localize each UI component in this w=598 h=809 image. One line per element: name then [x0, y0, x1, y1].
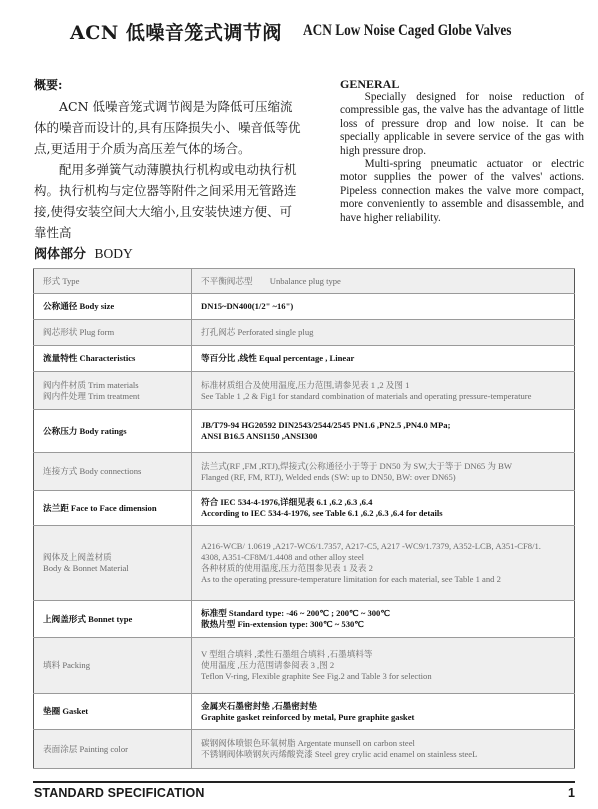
spec-row: 填料 PackingV 型组合填料 ,柔性石墨组合填料 ,石墨填料等使用温度 ,…	[34, 638, 575, 694]
spec-value: 符合 IEC 534-4-1976,详细见表 6.1 ,6.2 ,6.3 ,6.…	[201, 497, 574, 508]
spec-value-cell: DN15~DN400(1/2" ~16")	[192, 294, 575, 320]
spec-value-cell: 标准型 Standard type: -46 ~ 200℃ ; 200℃ ~ 3…	[192, 601, 575, 638]
spec-row: 上阀盖形式 Bonnet type标准型 Standard type: -46 …	[34, 601, 575, 638]
spec-row: 阀内件材质 Trim materials阀内件处理 Trim treatment…	[34, 372, 575, 410]
spec-label-cell: 连接方式 Body connections	[34, 453, 192, 491]
spec-label: 上阀盖形式 Bonnet type	[43, 614, 191, 625]
spec-value: Teflon V-ring, Flexible graphite See Fig…	[201, 671, 574, 682]
spec-value: V 型组合填料 ,柔性石墨组合填料 ,石墨填料等	[201, 649, 574, 660]
spec-value-cell: 符合 IEC 534-4-1976,详细见表 6.1 ,6.2 ,6.3 ,6.…	[192, 491, 575, 526]
spec-row: 公称压力 Body ratingsJB/T79-94 HG20592 DIN25…	[34, 410, 575, 453]
spec-row: 阀芯形状 Plug form打孔阀芯 Perforated single plu…	[34, 320, 575, 346]
spec-row: 形式 Type不平衡阀芯型 Unbalance plug type	[34, 269, 575, 294]
spec-value-cell: JB/T79-94 HG20592 DIN2543/2544/2545 PN1.…	[192, 410, 575, 453]
spec-label: 形式 Type	[43, 276, 191, 287]
spec-value: 标准型 Standard type: -46 ~ 200℃ ; 200℃ ~ 3…	[201, 608, 574, 619]
spec-value-cell: A216-WCB/ 1.0619 ,A217-WC6/1.7357, A217-…	[192, 526, 575, 601]
general-paragraph-english-1: Specially designed for noise reduction o…	[340, 91, 584, 158]
spec-value-cell: 打孔阀芯 Perforated single plug	[192, 320, 575, 346]
spec-label-cell: 阀芯形状 Plug form	[34, 320, 192, 346]
spec-label-cell: 上阀盖形式 Bonnet type	[34, 601, 192, 638]
spec-label-cell: 公称通径 Body size	[34, 294, 192, 320]
spec-label: 阀内件材质 Trim materials	[43, 380, 191, 391]
spec-label: 填料 Packing	[43, 660, 191, 671]
spec-row: 垫圈 Gasket金属夹石墨密封垫 ,石墨密封垫Graphite gasket …	[34, 694, 575, 730]
spec-row: 流量特性 Characteristics等百分比 ,线性 Equal perce…	[34, 346, 575, 372]
spec-value: A216-WCB/ 1.0619 ,A217-WC6/1.7357, A217-…	[201, 541, 574, 552]
spec-label: 表面涂层 Painting color	[43, 744, 191, 755]
spec-label: 垫圈 Gasket	[43, 706, 191, 717]
spec-value: 不平衡阀芯型 Unbalance plug type	[201, 276, 574, 287]
page-title-english: ACN Low Noise Caged Globe Valves	[303, 22, 511, 40]
spec-value: 打孔阀芯 Perforated single plug	[201, 327, 574, 338]
spec-value: 4308, A351-CF8M/1.4408 and other alloy s…	[201, 552, 574, 563]
body-heading-english: BODY	[95, 246, 133, 261]
general-paragraph-chinese-1: ACN 低噪音笼式调节阀是为降低可压缩流体的噪音而设计的,具有压降损失小、噪音低…	[34, 96, 302, 159]
spec-value: 碳钢阀体喷银色环氧树脂 Argentate munsell on carbon …	[201, 738, 574, 749]
spec-value: Flanged (RF, FM, RTJ), Welded ends (SW: …	[201, 472, 574, 483]
spec-value: 金属夹石墨密封垫 ,石墨密封垫	[201, 701, 574, 712]
spec-value: See Table 1 ,2 & Fig1 for standard combi…	[201, 391, 574, 402]
spec-label: 公称通径 Body size	[43, 301, 191, 312]
spec-value: 散热片型 Fin-extension type: 300℃ ~ 530℃	[201, 619, 574, 630]
spec-label-cell: 法兰距 Face to Face dimension	[34, 491, 192, 526]
spec-row: 连接方式 Body connections法兰式(RF ,FM ,RTJ),焊接…	[34, 453, 575, 491]
spec-value-cell: 法兰式(RF ,FM ,RTJ),焊接式(公称通径小于等于 DN50 为 SW,…	[192, 453, 575, 491]
spec-label-cell: 填料 Packing	[34, 638, 192, 694]
spec-label: 阀内件处理 Trim treatment	[43, 391, 191, 402]
spec-value-cell: 标准材质组合及使用温度,压力范围,请参见表 1 ,2 及图 1See Table…	[192, 372, 575, 410]
general-heading-english: GENERAL	[340, 78, 584, 91]
general-section-chinese: 概要: ACN 低噪音笼式调节阀是为降低可压缩流体的噪音而设计的,具有压降损失小…	[34, 77, 302, 243]
general-paragraph-english-2: Multi-spring pneumatic actuator or elect…	[340, 158, 584, 225]
spec-row: 阀体及上阀盖材质Body & Bonnet MaterialA216-WCB/ …	[34, 526, 575, 601]
spec-label: 流量特性 Characteristics	[43, 353, 191, 364]
spec-label-cell: 形式 Type	[34, 269, 192, 294]
spec-label-cell: 阀体及上阀盖材质Body & Bonnet Material	[34, 526, 192, 601]
spec-value: According to IEC 534-4-1976, see Table 6…	[201, 508, 574, 519]
body-heading-chinese: 阀体部分	[34, 247, 86, 262]
spec-value-cell: 金属夹石墨密封垫 ,石墨密封垫Graphite gasket reinforce…	[192, 694, 575, 730]
spec-label: 公称压力 Body ratings	[43, 426, 191, 437]
spec-value-cell: V 型组合填料 ,柔性石墨组合填料 ,石墨填料等使用温度 ,压力范围请参阅表 3…	[192, 638, 575, 694]
page-title-chinese: ACN 低噪音笼式调节阀	[70, 18, 282, 45]
spec-label-cell: 流量特性 Characteristics	[34, 346, 192, 372]
spec-value: ANSI B16.5 ANSI150 ,ANSI300	[201, 431, 574, 442]
body-section-heading: 阀体部分 BODY	[34, 243, 133, 262]
spec-value: 各种材质的使用温度,压力范围参见表 1 及表 2	[201, 563, 574, 574]
general-heading-chinese: 概要:	[34, 77, 302, 93]
spec-value: 等百分比 ,线性 Equal percentage , Linear	[201, 353, 574, 364]
spec-value: 使用温度 ,压力范围请参阅表 3 ,图 2	[201, 660, 574, 671]
spec-value: 不锈钢阀体喷钢灰丙烯酸瓷漆 Steel grey crylic acid ena…	[201, 749, 574, 760]
spec-label: 连接方式 Body connections	[43, 466, 191, 477]
spec-row: 法兰距 Face to Face dimension符合 IEC 534-4-1…	[34, 491, 575, 526]
spec-value: As to the operating pressure-temperature…	[201, 574, 574, 585]
spec-value: Graphite gasket reinforced by metal, Pur…	[201, 712, 574, 723]
spec-label-cell: 垫圈 Gasket	[34, 694, 192, 730]
spec-label: 阀芯形状 Plug form	[43, 327, 191, 338]
general-section-english: GENERAL Specially designed for noise red…	[340, 78, 584, 225]
spec-value: DN15~DN400(1/2" ~16")	[201, 301, 574, 312]
page-number: 1	[568, 786, 575, 800]
spec-label: Body & Bonnet Material	[43, 563, 191, 574]
body-spec-table: 形式 Type不平衡阀芯型 Unbalance plug type公称通径 Bo…	[33, 268, 575, 769]
spec-value-cell: 等百分比 ,线性 Equal percentage , Linear	[192, 346, 575, 372]
spec-value-cell: 不平衡阀芯型 Unbalance plug type	[192, 269, 575, 294]
spec-label-cell: 阀内件材质 Trim materials阀内件处理 Trim treatment	[34, 372, 192, 410]
spec-value: JB/T79-94 HG20592 DIN2543/2544/2545 PN1.…	[201, 420, 574, 431]
spec-value-cell: 碳钢阀体喷银色环氧树脂 Argentate munsell on carbon …	[192, 730, 575, 769]
spec-label: 法兰距 Face to Face dimension	[43, 503, 191, 514]
spec-label: 阀体及上阀盖材质	[43, 552, 191, 563]
footer-label: STANDARD SPECIFICATION	[34, 786, 205, 800]
general-paragraph-chinese-2: 配用多弹簧气动薄膜执行机构或电动执行机构。执行机构与定位器等附件之间采用无管路连…	[34, 159, 302, 243]
spec-value: 标准材质组合及使用温度,压力范围,请参见表 1 ,2 及图 1	[201, 380, 574, 391]
spec-row: 表面涂层 Painting color碳钢阀体喷银色环氧树脂 Argentate…	[34, 730, 575, 769]
spec-value: 法兰式(RF ,FM ,RTJ),焊接式(公称通径小于等于 DN50 为 SW,…	[201, 461, 574, 472]
footer-divider	[33, 781, 575, 783]
spec-label-cell: 表面涂层 Painting color	[34, 730, 192, 769]
spec-row: 公称通径 Body sizeDN15~DN400(1/2" ~16")	[34, 294, 575, 320]
spec-label-cell: 公称压力 Body ratings	[34, 410, 192, 453]
